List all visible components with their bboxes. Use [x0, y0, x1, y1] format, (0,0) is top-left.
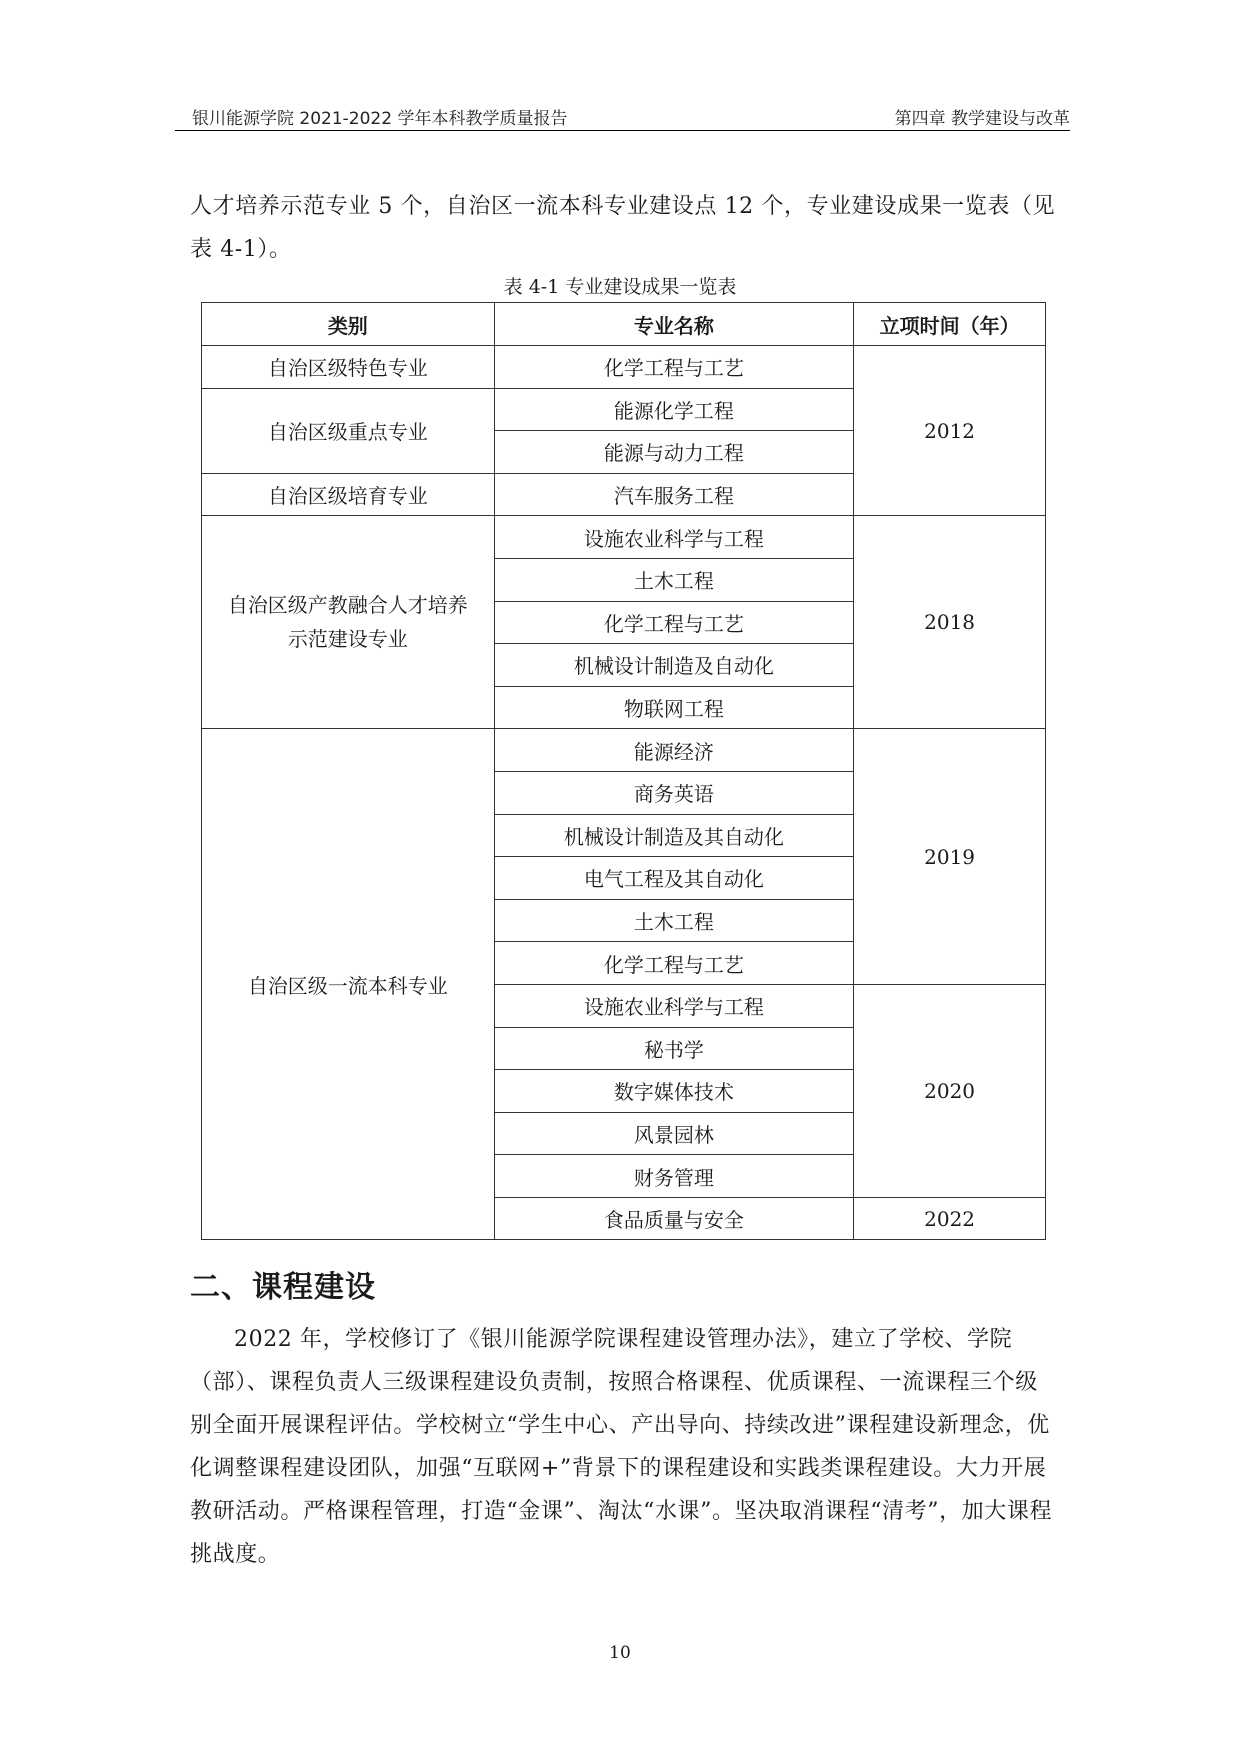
header-major: 专业名称	[494, 303, 854, 346]
intro-paragraph: 人才培养示范专业 5 个，自治区一流本科专业建设点 12 个，专业建设成果一览表…	[190, 185, 1060, 271]
major-cell: 数字媒体技术	[494, 1070, 854, 1113]
major-cell: 能源与动力工程	[494, 431, 854, 474]
year-cell: 2018	[854, 516, 1046, 729]
category-cell: 自治区级特色专业	[202, 346, 495, 389]
major-cell: 风景园林	[494, 1112, 854, 1155]
major-cell: 秘书学	[494, 1027, 854, 1070]
major-cell: 能源经济	[494, 729, 854, 772]
header-chapter-title: 第四章 教学建设与改革	[895, 104, 1070, 129]
header-year: 立项时间（年）	[854, 303, 1046, 346]
table-caption: 表 4-1 专业建设成果一览表	[0, 272, 1240, 299]
major-cell: 机械设计制造及其自动化	[494, 814, 854, 857]
header-report-title: 银川能源学院 2021-2022 学年本科教学质量报告	[192, 104, 567, 129]
section-heading: 二、课程建设	[190, 1262, 376, 1306]
major-cell: 商务英语	[494, 771, 854, 814]
table-header-row: 类别 专业名称 立项时间（年）	[202, 303, 1046, 346]
category-cell: 自治区级重点专业	[202, 388, 495, 473]
year-cell: 2012	[854, 346, 1046, 516]
major-cell: 电气工程及其自动化	[494, 857, 854, 900]
major-cell: 食品质量与安全	[494, 1197, 854, 1240]
table-row: 自治区级特色专业 化学工程与工艺 2012	[202, 346, 1046, 389]
major-cell: 化学工程与工艺	[494, 942, 854, 985]
major-cell: 机械设计制造及自动化	[494, 644, 854, 687]
section-paragraph: 2022 年，学校修订了《银川能源学院课程建设管理办法》，建立了学校、学院（部）…	[190, 1318, 1060, 1576]
year-cell: 2022	[854, 1197, 1046, 1240]
major-cell: 财务管理	[494, 1155, 854, 1198]
major-cell: 化学工程与工艺	[494, 346, 854, 389]
major-construction-table: 类别 专业名称 立项时间（年） 自治区级特色专业 化学工程与工艺 2012 自治…	[201, 302, 1046, 1240]
category-cell: 自治区级产教融合人才培养 示范建设专业	[202, 516, 495, 729]
major-cell: 土木工程	[494, 558, 854, 601]
major-cell: 化学工程与工艺	[494, 601, 854, 644]
header-divider	[175, 130, 1070, 131]
table-row: 自治区级产教融合人才培养 示范建设专业 设施农业科学与工程 2018	[202, 516, 1046, 559]
page-header: 银川能源学院 2021-2022 学年本科教学质量报告 第四章 教学建设与改革	[175, 98, 1070, 128]
header-category: 类别	[202, 303, 495, 346]
page-number: 10	[0, 1643, 1240, 1663]
major-cell: 能源化学工程	[494, 388, 854, 431]
major-cell: 汽车服务工程	[494, 473, 854, 516]
major-cell: 设施农业科学与工程	[494, 516, 854, 559]
major-cell: 物联网工程	[494, 686, 854, 729]
year-cell: 2019	[854, 729, 1046, 985]
category-cell: 自治区级一流本科专业	[202, 729, 495, 1240]
major-cell: 土木工程	[494, 899, 854, 942]
major-cell: 设施农业科学与工程	[494, 984, 854, 1027]
category-line: 示范建设专业	[202, 622, 494, 656]
category-cell: 自治区级培育专业	[202, 473, 495, 516]
category-line: 自治区级产教融合人才培养	[202, 588, 494, 622]
year-cell: 2020	[854, 984, 1046, 1197]
table-row: 自治区级一流本科专业 能源经济 2019	[202, 729, 1046, 772]
